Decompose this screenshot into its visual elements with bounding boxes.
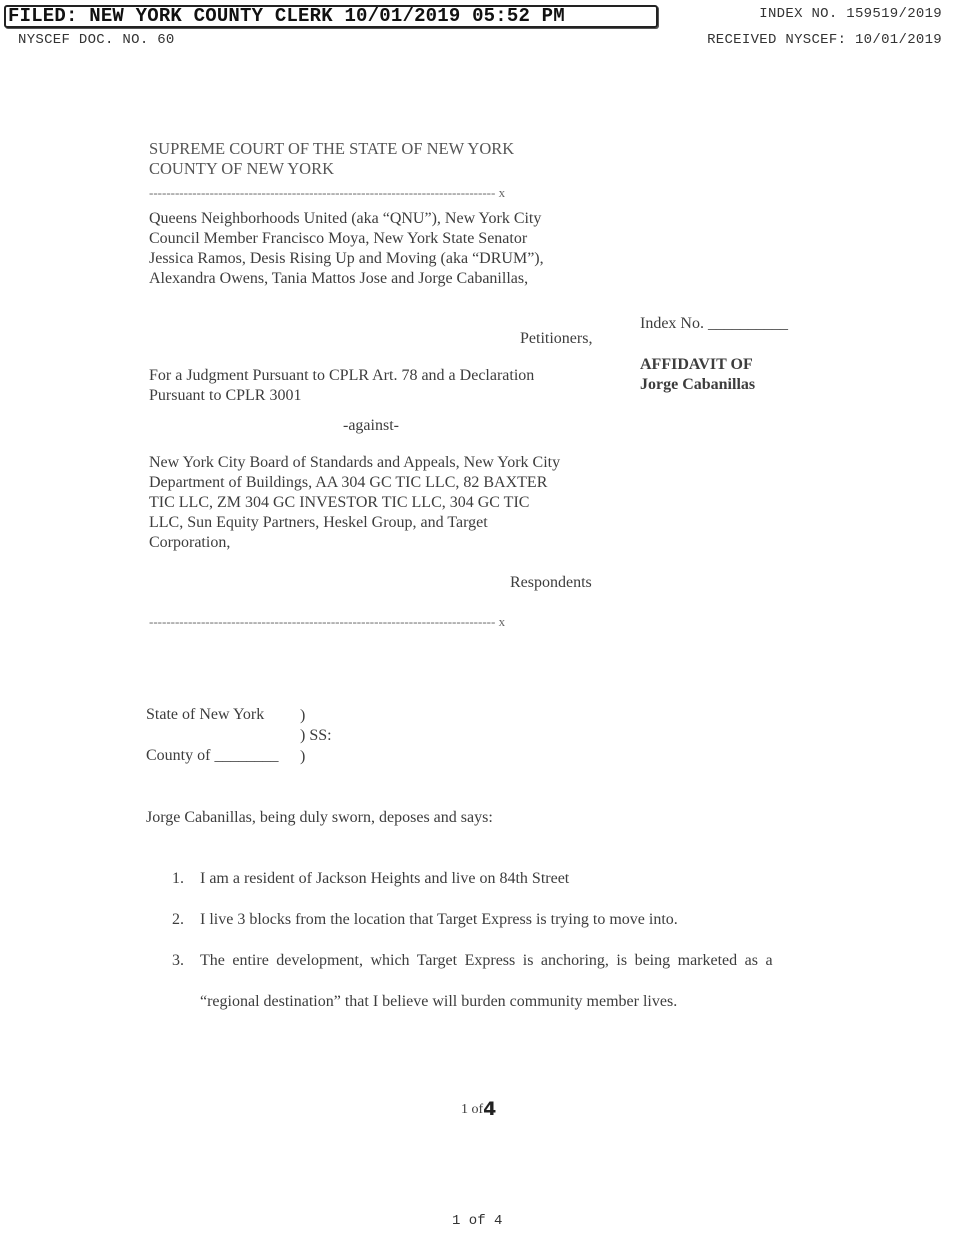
index-number: INDEX NO. 159519/2019 (759, 6, 942, 22)
against-label: -against- (343, 416, 399, 436)
judgment-block: For a Judgment Pursuant to CPLR Art. 78 … (149, 366, 534, 406)
nyscef-doc-number: NYSCEF DOC. NO. 60 (18, 32, 175, 48)
numbered-item: 1.I am a resident of Jackson Heights and… (172, 869, 569, 889)
court-name: SUPREME COURT OF THE STATE OF NEW YORK (149, 139, 514, 159)
petitioners-label: Petitioners, (520, 329, 592, 349)
affiant-name: Jorge Cabanillas (640, 375, 755, 395)
page-of-label: 1 of (461, 1102, 483, 1117)
caption-divider-top: ----------------------------------------… (149, 183, 505, 203)
court-county: COUNTY OF NEW YORK (149, 159, 334, 179)
item-text-continued: “regional destination” that I believe wi… (200, 992, 677, 1012)
petitioners-line: Queens Neighborhoods United (aka “QNU”),… (149, 209, 544, 229)
document-title: AFFIDAVIT OF (640, 355, 753, 375)
item-number: 3. (172, 951, 200, 971)
item-text: I live 3 blocks from the location that T… (200, 911, 678, 928)
venue-paren: ) (300, 747, 305, 767)
judgment-line: Pursuant to CPLR 3001 (149, 386, 534, 406)
respondents-label: Respondents (510, 573, 592, 593)
received-date: RECEIVED NYSCEF: 10/01/2019 (707, 32, 942, 48)
respondents-line: New York City Board of Standards and App… (149, 453, 560, 473)
petitioners-line: Council Member Francisco Moya, New York … (149, 229, 544, 249)
scanned-page-number: 1 of4 (461, 1097, 496, 1120)
petitioners-line: Jessica Ramos, Desis Rising Up and Movin… (149, 249, 544, 269)
filed-stamp: FILED: NEW YORK COUNTY CLERK 10/01/2019 … (4, 5, 658, 28)
venue-paren: ) (300, 706, 305, 726)
venue-county: County of ________ (146, 746, 278, 766)
caption-divider-bottom: ----------------------------------------… (149, 612, 505, 632)
affidavit-intro: Jorge Cabanillas, being duly sworn, depo… (146, 808, 493, 828)
item-number: 1. (172, 869, 200, 889)
numbered-item: 2.I live 3 blocks from the location that… (172, 910, 678, 930)
handwritten-page-total: 4 (483, 1098, 496, 1120)
respondents-line: LLC, Sun Equity Partners, Heskel Group, … (149, 513, 560, 533)
item-number: 2. (172, 910, 200, 930)
petitioners-line: Alexandra Owens, Tania Mattos Jose and J… (149, 269, 544, 289)
petitioners-block: Queens Neighborhoods United (aka “QNU”),… (149, 209, 544, 289)
numbered-item: 3.The entire development, which Target E… (172, 951, 816, 971)
item-text: I am a resident of Jackson Heights and l… (200, 870, 569, 887)
judgment-line: For a Judgment Pursuant to CPLR Art. 78 … (149, 366, 534, 386)
index-no-field: Index No. __________ (640, 314, 788, 334)
respondents-line: Department of Buildings, AA 304 GC TIC L… (149, 473, 560, 493)
venue-ss: ) SS: (300, 726, 332, 746)
venue-state: State of New York (146, 705, 264, 725)
respondents-block: New York City Board of Standards and App… (149, 453, 560, 553)
respondents-line: Corporation, (149, 533, 560, 553)
item-text: The entire development, which Target Exp… (200, 952, 773, 969)
nyscef-page-number: 1 of 4 (452, 1213, 502, 1229)
respondents-line: TIC LLC, ZM 304 GC INVESTOR TIC LLC, 304… (149, 493, 560, 513)
